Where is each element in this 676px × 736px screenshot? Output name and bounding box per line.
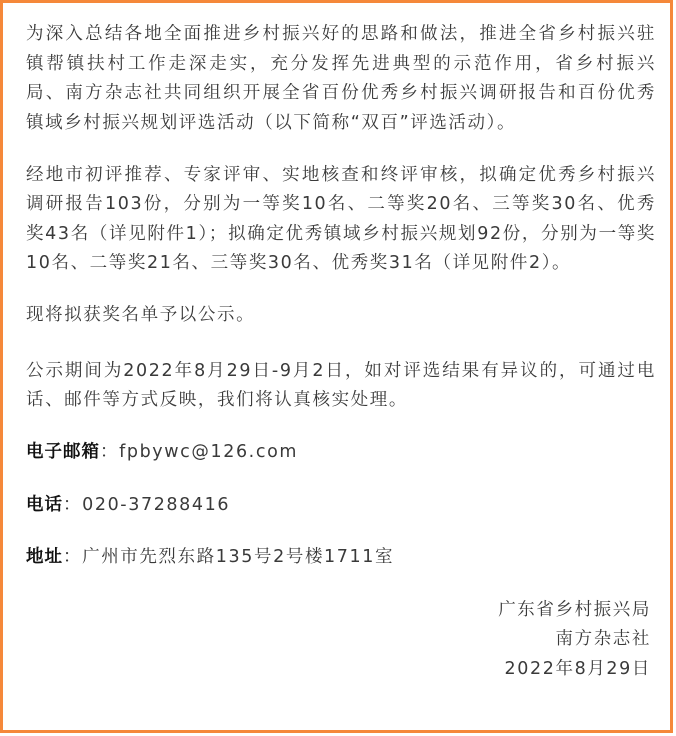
phone-value: 020-37288416 — [82, 495, 230, 515]
paragraph-intro: 为深入总结各地全面推进乡村振兴好的思路和做法，推进全省乡村振兴驻镇帮镇扶村工作走… — [26, 20, 656, 138]
address-value: 广州市先烈东路135号2号楼1711室 — [82, 547, 394, 567]
phone-separator: ： — [63, 495, 82, 515]
email-separator: ： — [100, 442, 119, 462]
signature-block: 广东省乡村振兴局 南方杂志社 2022年8月29日 — [26, 596, 656, 685]
notice-frame: 为深入总结各地全面推进乡村振兴好的思路和做法，推进全省乡村振兴驻镇帮镇扶村工作走… — [0, 0, 673, 733]
address-separator: ： — [63, 547, 82, 567]
contact-address: 地址：广州市先烈东路135号2号楼1711室 — [26, 543, 656, 573]
email-value[interactable]: fpbywc@126.com — [119, 442, 298, 462]
signature-org-rural-revitalization-bureau: 广东省乡村振兴局 — [26, 596, 651, 626]
contact-phone: 电话：020-37288416 — [26, 491, 656, 521]
paragraph-publicity-period: 公示期间为2022年8月29日-9月2日，如对评选结果有异议的，可通过电话、邮件… — [26, 357, 656, 416]
notice-content: 为深入总结各地全面推进乡村振兴好的思路和做法，推进全省乡村振兴驻镇帮镇扶村工作走… — [26, 20, 656, 684]
contact-email: 电子邮箱：fpbywc@126.com — [26, 438, 656, 468]
address-label: 地址 — [26, 547, 63, 567]
signature-date: 2022年8月29日 — [26, 655, 651, 685]
signature-org-nanfang-magazine: 南方杂志社 — [26, 625, 651, 655]
paragraph-announcement: 现将拟获奖名单予以公示。 — [26, 301, 656, 331]
phone-label: 电话 — [26, 495, 63, 515]
paragraph-results: 经地市初评推荐、专家评审、实地核查和终评审核，拟确定优秀乡村振兴调研报告103份… — [26, 161, 656, 279]
email-label: 电子邮箱 — [26, 442, 100, 462]
